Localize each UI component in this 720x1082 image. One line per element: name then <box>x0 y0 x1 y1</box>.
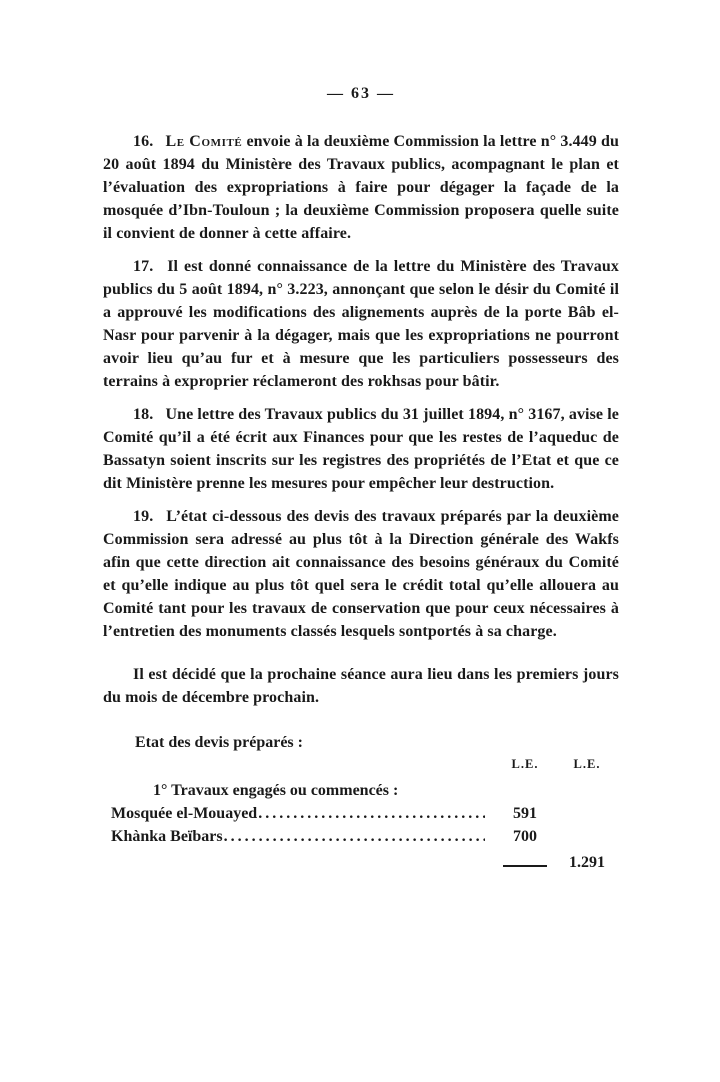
currency-header-col2: L.E. <box>555 756 619 772</box>
currency-header-col1: L.E. <box>495 756 555 772</box>
paragraph-16-lead-smallcaps: Le Comité <box>165 133 242 150</box>
row-label: Mosquée el-Mouayed <box>111 802 257 825</box>
currency-header-row: L.E. L.E. <box>103 756 619 772</box>
paragraph-16: 16. Le Comité envoie à la deuxième Commi… <box>103 130 619 245</box>
paragraph-17: 17. Il est donné connaissance de la lett… <box>103 255 619 393</box>
row-label: Khànka Beïbars <box>111 825 223 848</box>
paragraph-17-text: Il est donné connaissance de la lettre d… <box>103 258 619 390</box>
devis-section-title: 1° Travaux engagés ou commencés : <box>103 779 619 802</box>
page-number: — 63 — <box>103 84 619 104</box>
paragraph-16-number: 16. <box>133 133 153 150</box>
paragraph-19: 19. L’état ci-dessous des devis des trav… <box>103 505 619 643</box>
paragraph-17-number: 17. <box>133 258 153 275</box>
closing-paragraph: Il est décidé que la prochaine séance au… <box>103 663 619 709</box>
scanned-book-page: — 63 — 16. Le Comité envoie à la deuxièm… <box>0 0 720 1082</box>
paragraph-18-number: 18. <box>133 406 153 423</box>
paragraph-18-text: Une lettre des Travaux publics du 31 jui… <box>103 406 619 492</box>
amount-col1: 591 <box>495 802 555 825</box>
amount-col1: 700 <box>495 825 555 848</box>
devis-row-mosquee-el-mouayed: Mosquée el-Mouayed .....................… <box>103 802 619 825</box>
paragraph-19-text: L’état ci-dessous des devis des travaux … <box>103 508 619 640</box>
total-rule-cell <box>495 853 555 867</box>
dot-leader: ........................................… <box>224 825 485 848</box>
devis-total-row: 1.291 <box>103 851 619 874</box>
devis-intro: Etat des devis préparés : <box>103 731 619 754</box>
dot-leader: ........................................… <box>258 802 485 825</box>
total-amount: 1.291 <box>555 851 619 874</box>
devis-row-khanka-beibars: Khànka Beïbars .........................… <box>103 825 619 848</box>
total-rule <box>503 865 547 867</box>
paragraph-18: 18. Une lettre des Travaux publics du 31… <box>103 403 619 495</box>
paragraph-19-number: 19. <box>133 508 153 525</box>
